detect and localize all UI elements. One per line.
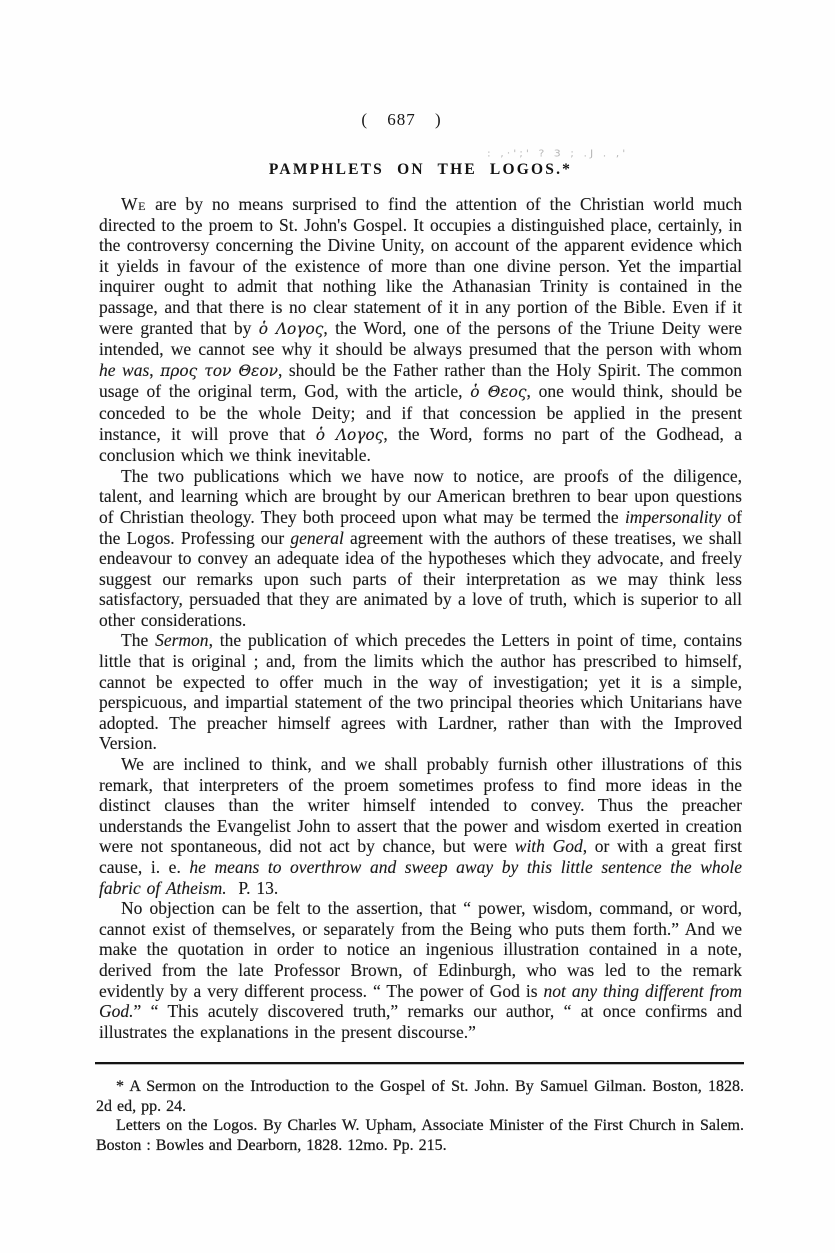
greek-phrase: ὁ Λογος — [316, 426, 384, 444]
article-body: We are by no means surprised to find the… — [99, 194, 742, 1042]
footnote-entry: Letters on the Logos. By Charles W. Upha… — [96, 1116, 744, 1155]
paragraph: No objection can be felt to the assertio… — [99, 898, 742, 1042]
scanned-page: ( 687 ) : ,·';' ? 3 ; .J . ,' PAMPHLETS … — [0, 0, 835, 1253]
text-run: are by no means surprised to find the at… — [99, 194, 742, 338]
italic-phrase: general — [290, 528, 343, 548]
paragraph: We are by no means surprised to find the… — [99, 194, 742, 466]
italic-phrase: he was — [99, 360, 149, 380]
greek-phrase: ὁ Λογος — [259, 320, 324, 338]
paragraph: The Sermon, the publication of which pre… — [99, 630, 742, 754]
paragraph: The two publications which we have now t… — [99, 466, 742, 631]
paragraph: We are inclined to think, and we shall p… — [99, 754, 742, 898]
greek-phrase: ὁ Θεος — [470, 383, 526, 401]
footnote-rule — [95, 1062, 744, 1064]
footnote-entry: * A Sermon on the Introduction to the Go… — [96, 1077, 744, 1116]
article-title: PAMPHLETS ON THE LOGOS.* — [99, 161, 742, 179]
text-run: ” “ This acutely discovered truth,” rema… — [99, 1001, 742, 1042]
italic-phrase: he means to overthrow and sweep away by … — [99, 857, 742, 898]
footnote-section: * A Sermon on the Introduction to the Go… — [96, 1077, 744, 1155]
smallcaps-word: We — [121, 194, 146, 214]
text-run: P. 13. — [227, 878, 279, 898]
text-run: Letters on the Logos. By Charles W. Upha… — [96, 1117, 744, 1154]
italic-phrase: impersonality — [625, 507, 721, 527]
text-run: * A Sermon on the Introduction to the Go… — [96, 1078, 744, 1115]
page-number: ( 687 ) — [80, 110, 723, 130]
greek-phrase: προς τον Θεον — [160, 362, 278, 380]
text-run: The — [121, 630, 155, 650]
italic-phrase: with God — [515, 836, 583, 856]
italic-phrase: Sermon — [155, 630, 208, 650]
text-run: , — [149, 360, 160, 380]
scan-smudge: : ,·';' ? 3 ; .J . ,' — [487, 148, 628, 159]
